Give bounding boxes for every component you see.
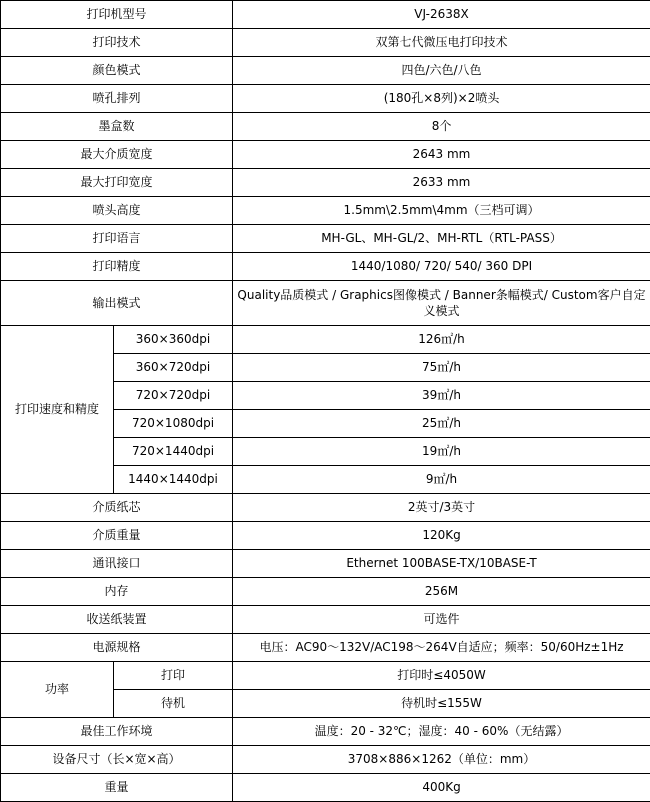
spec-value-cell: 可选件 bbox=[233, 606, 650, 634]
spec-row: 打印语言MH-GL、MH-GL/2、MH-RTL（RTL-PASS） bbox=[1, 225, 650, 253]
spec-value-cell: Quality品质模式 / Graphics图像模式 / Banner条幅模式/… bbox=[233, 281, 650, 326]
spec-label-cell: 设备尺寸（长×宽×高） bbox=[1, 746, 233, 774]
spec-row: 打印技术双第七代微压电打印技术 bbox=[1, 29, 650, 57]
spec-label-cell: 最大打印宽度 bbox=[1, 169, 233, 197]
spec-label-cell: 打印机型号 bbox=[1, 1, 233, 29]
spec-value-cell: 1440/1080/ 720/ 540/ 360 DPI bbox=[233, 253, 650, 281]
spec-row: 最佳工作环境温度：20 - 32℃；湿度：40 - 60%（无结露） bbox=[1, 718, 650, 746]
spec-label-cell: 介质纸芯 bbox=[1, 494, 233, 522]
spec-label-cell: 介质重量 bbox=[1, 522, 233, 550]
spec-row: 介质纸芯2英寸/3英寸 bbox=[1, 494, 650, 522]
spec-value-cell: 四色/六色/八色 bbox=[233, 57, 650, 85]
spec-label-cell: 电源规格 bbox=[1, 634, 233, 662]
spec-label-cell: 打印精度 bbox=[1, 253, 233, 281]
spec-row: 最大介质宽度2643 mm bbox=[1, 141, 650, 169]
sub-label-cell: 360×360dpi bbox=[114, 326, 233, 354]
spec-sub-row: 功率打印打印时≤4050W bbox=[1, 662, 650, 690]
spec-value-cell: Ethernet 100BASE-TX/10BASE-T bbox=[233, 550, 650, 578]
spec-value-cell: 25㎡/h bbox=[233, 410, 650, 438]
sub-label-cell: 待机 bbox=[114, 690, 233, 718]
spec-row: 收送纸装置可选件 bbox=[1, 606, 650, 634]
spec-row: 喷头高度1.5mm\2.5mm\4mm（三档可调） bbox=[1, 197, 650, 225]
spec-row: 喷孔排列(180孔×8列)×2喷头 bbox=[1, 85, 650, 113]
spec-label-cell: 重量 bbox=[1, 774, 233, 802]
spec-value-cell: 2633 mm bbox=[233, 169, 650, 197]
spec-row: 颜色模式四色/六色/八色 bbox=[1, 57, 650, 85]
spec-label-cell: 最佳工作环境 bbox=[1, 718, 233, 746]
group-label-cell: 功率 bbox=[1, 662, 114, 718]
spec-sub-row: 打印速度和精度360×360dpi126㎡/h bbox=[1, 326, 650, 354]
spec-value-cell: 1.5mm\2.5mm\4mm（三档可调） bbox=[233, 197, 650, 225]
spec-row: 通讯接口Ethernet 100BASE-TX/10BASE-T bbox=[1, 550, 650, 578]
spec-value-cell: 温度：20 - 32℃；湿度：40 - 60%（无结露） bbox=[233, 718, 650, 746]
group-label-cell: 打印速度和精度 bbox=[1, 326, 114, 494]
spec-value-cell: 75㎡/h bbox=[233, 354, 650, 382]
spec-value-cell: MH-GL、MH-GL/2、MH-RTL（RTL-PASS） bbox=[233, 225, 650, 253]
spec-label-cell: 最大介质宽度 bbox=[1, 141, 233, 169]
spec-label-cell: 喷孔排列 bbox=[1, 85, 233, 113]
spec-value-cell: 3708×886×1262（单位：mm） bbox=[233, 746, 650, 774]
spec-value-cell: 400Kg bbox=[233, 774, 650, 802]
spec-label-cell: 墨盒数 bbox=[1, 113, 233, 141]
spec-value-cell: 待机时≤155W bbox=[233, 690, 650, 718]
spec-row: 设备尺寸（长×宽×高）3708×886×1262（单位：mm） bbox=[1, 746, 650, 774]
spec-label-cell: 内存 bbox=[1, 578, 233, 606]
spec-row: 墨盒数8个 bbox=[1, 113, 650, 141]
printer-spec-table: 打印机型号VJ-2638X打印技术双第七代微压电打印技术颜色模式四色/六色/八色… bbox=[0, 0, 650, 802]
spec-value-cell: 256M bbox=[233, 578, 650, 606]
spec-label-cell: 打印语言 bbox=[1, 225, 233, 253]
printer-spec-table-body: 打印机型号VJ-2638X打印技术双第七代微压电打印技术颜色模式四色/六色/八色… bbox=[1, 1, 650, 802]
spec-value-cell: 8个 bbox=[233, 113, 650, 141]
spec-value-cell: 19㎡/h bbox=[233, 438, 650, 466]
spec-label-cell: 通讯接口 bbox=[1, 550, 233, 578]
spec-label-cell: 喷头高度 bbox=[1, 197, 233, 225]
spec-row: 电源规格电压：AC90～132V/AC198～264V自适应；频率：50/60H… bbox=[1, 634, 650, 662]
spec-value-cell: VJ-2638X bbox=[233, 1, 650, 29]
spec-value-cell: 2英寸/3英寸 bbox=[233, 494, 650, 522]
spec-value-cell: 双第七代微压电打印技术 bbox=[233, 29, 650, 57]
spec-row: 介质重量120Kg bbox=[1, 522, 650, 550]
spec-row: 输出模式Quality品质模式 / Graphics图像模式 / Banner条… bbox=[1, 281, 650, 326]
spec-row: 打印机型号VJ-2638X bbox=[1, 1, 650, 29]
spec-label-cell: 收送纸装置 bbox=[1, 606, 233, 634]
spec-row: 最大打印宽度2633 mm bbox=[1, 169, 650, 197]
spec-label-cell: 颜色模式 bbox=[1, 57, 233, 85]
spec-row: 打印精度1440/1080/ 720/ 540/ 360 DPI bbox=[1, 253, 650, 281]
spec-value-cell: 打印时≤4050W bbox=[233, 662, 650, 690]
spec-value-cell: 39㎡/h bbox=[233, 382, 650, 410]
spec-label-cell: 输出模式 bbox=[1, 281, 233, 326]
sub-label-cell: 720×1440dpi bbox=[114, 438, 233, 466]
spec-value-cell: 126㎡/h bbox=[233, 326, 650, 354]
sub-label-cell: 720×720dpi bbox=[114, 382, 233, 410]
spec-row: 重量400Kg bbox=[1, 774, 650, 802]
sub-label-cell: 打印 bbox=[114, 662, 233, 690]
spec-row: 内存256M bbox=[1, 578, 650, 606]
spec-value-cell: (180孔×8列)×2喷头 bbox=[233, 85, 650, 113]
sub-label-cell: 360×720dpi bbox=[114, 354, 233, 382]
spec-value-cell: 2643 mm bbox=[233, 141, 650, 169]
spec-label-cell: 打印技术 bbox=[1, 29, 233, 57]
sub-label-cell: 1440×1440dpi bbox=[114, 466, 233, 494]
spec-value-cell: 120Kg bbox=[233, 522, 650, 550]
spec-value-cell: 9㎡/h bbox=[233, 466, 650, 494]
sub-label-cell: 720×1080dpi bbox=[114, 410, 233, 438]
spec-value-cell: 电压：AC90～132V/AC198～264V自适应；频率：50/60Hz±1H… bbox=[233, 634, 650, 662]
